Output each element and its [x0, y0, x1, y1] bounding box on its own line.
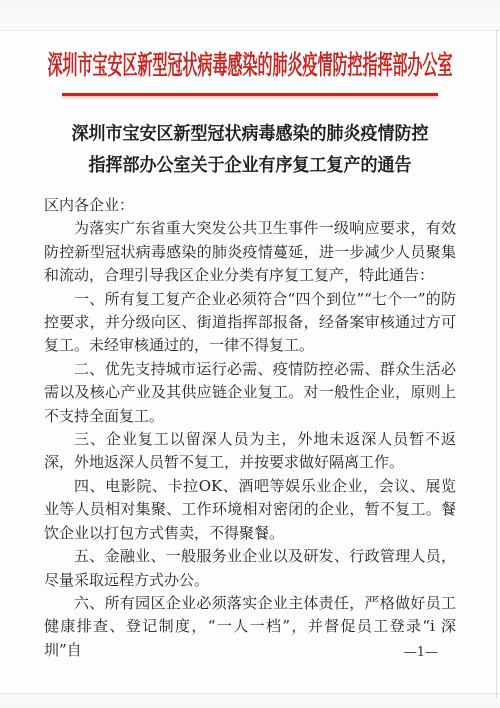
scan-artifact-right-edge [496, 30, 497, 698]
body-paragraph-item-3: 三、企业复工以留深人员为主，外地未返深人员暂不返深，外地返深人员暂不复工，并按要… [44, 428, 456, 475]
scan-artifact-top-band [0, 0, 500, 31]
body-paragraph-item-5: 五、金融业、一般服务业企业以及研发、行政管理人员，尽量采取远程方式办公。 [44, 545, 456, 592]
body-paragraph: 为落实广东省重大突发公共卫生事件一级响应要求，有效防控新型冠状病毒感染的肺炎疫情… [44, 217, 456, 287]
body-paragraph-item-1: 一、所有复工复产企业必须符合“四个到位”“七个一”的防控要求，并分级向区、街道指… [44, 288, 456, 358]
letterhead-red-rule [62, 93, 438, 96]
salutation: 区内各企业： [44, 194, 456, 217]
document-title-line2: 指挥部办公室关于企业有序复工复产的通告 [30, 150, 470, 181]
document-body: 区内各企业： 为落实广东省重大突发公共卫生事件一级响应要求，有效防控新型冠状病毒… [44, 194, 456, 662]
body-paragraph-item-4: 四、电影院、卡拉OK、酒吧等娱乐业企业，会议、展览业等人员相对集聚、工作环境相对… [44, 475, 456, 545]
page-number: —1— [404, 645, 438, 660]
scan-artifact-bottom-band [0, 693, 500, 708]
letterhead-org-name: 深圳市宝安区新型冠状病毒感染的肺炎疫情防控指挥部办公室 [0, 46, 500, 83]
document-title: 深圳市宝安区新型冠状病毒感染的肺炎疫情防控 指挥部办公室关于企业有序复工复产的通… [30, 119, 470, 182]
scanned-document-page: 深圳市宝安区新型冠状病毒感染的肺炎疫情防控指挥部办公室 深圳市宝安区新型冠状病毒… [0, 0, 500, 708]
body-paragraph-item-6: 六、所有园区企业必须落实企业主体责任，严格做好员工健康排查、登记制度，“一人一档… [44, 592, 456, 662]
document-title-line1: 深圳市宝安区新型冠状病毒感染的肺炎疫情防控 [30, 119, 470, 150]
body-paragraph-item-2: 二、优先支持城市运行必需、疫情防控必需、群众生活必需以及核心产业及其供应链企业复… [44, 358, 456, 428]
